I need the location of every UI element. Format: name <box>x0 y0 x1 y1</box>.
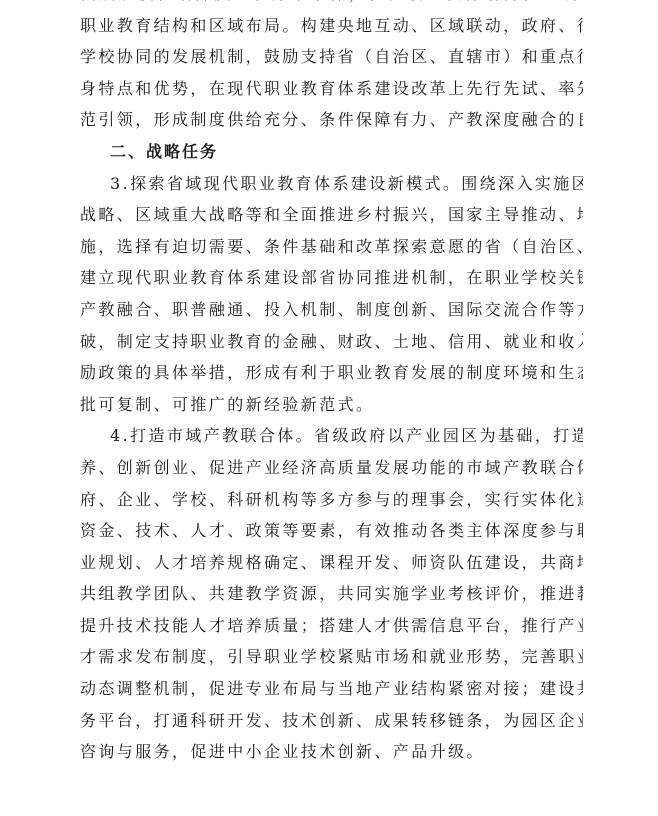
text-line: 3.探索省域现代职业教育体系建设新模式。围绕深入实施区域协调发展 <box>80 168 583 200</box>
text-line: 务平台，打通科研开发、技术创新、成果转移链条，为园区企业提供技术 <box>80 705 583 737</box>
text-line: 才需求发布制度，引导职业学校紧贴市场和就业形势，完善职业教育专业 <box>80 641 583 673</box>
text-line: 提升技术技能人才培养质量；搭建人才供需信息平台，推行产业规划和人 <box>80 610 583 642</box>
document-page: 发展规模、培养质量和办学条件，优化职业教育结构和区域布局。 职业教育结构和区域布… <box>80 0 583 768</box>
section-heading: 二、战略任务 <box>80 136 583 168</box>
intro-paragraph: 职业教育结构和区域布局。构建央地互动、区域联动，政府、行业、企业、 学校协同的发… <box>80 10 583 136</box>
text-line: 破，制定支持职业教育的金融、财政、土地、信用、就业和收入分配等激 <box>80 326 583 358</box>
text-line: 资金、技术、人才、政策等要素，有效推动各类主体深度参与职业学校专 <box>80 515 583 547</box>
text-line: 共组教学团队、共建教学资源，共同实施学业考核评价，推进教学改革， <box>80 578 583 610</box>
clipped-previous-line: 发展规模、培养质量和办学条件，优化职业教育结构和区域布局。 <box>80 0 583 10</box>
text-line: 动态调整机制，促进专业布局与当地产业结构紧密对接；建设共性技术服 <box>80 673 583 705</box>
text-line: 4.打造市域产教联合体。省级政府以产业园区为基础，打造兼具人才培 <box>80 420 583 452</box>
text-line: 产教融合、职普融通、投入机制、制度创新、国际交流合作等方面改革突 <box>80 294 583 326</box>
text-line: 战略、区域重大战略等和全面推进乡村振兴，国家主导推动、地方创新实 <box>80 199 583 231</box>
text-line: 批可复制、可推广的新经验新范式。 <box>80 389 583 421</box>
text-line: 励政策的具体举措，形成有利于职业教育发展的制度环境和生态，形成一 <box>80 357 583 389</box>
text-line: 施，选择有迫切需要、条件基础和改革探索意愿的省（自治区、直辖市）， <box>80 231 583 263</box>
text-line: 建立现代职业教育体系建设部省协同推进机制，在职业学校关键能力建设、 <box>80 262 583 294</box>
task-4-paragraph: 4.打造市域产教联合体。省级政府以产业园区为基础，打造兼具人才培 养、创新创业、… <box>80 420 583 768</box>
task-3-paragraph: 3.探索省域现代职业教育体系建设新模式。围绕深入实施区域协调发展 战略、区域重大… <box>80 168 583 421</box>
text-line: 业规划、人才培养规格确定、课程开发、师资队伍建设，共商培养方案、 <box>80 547 583 579</box>
text-line: 身特点和优势，在现代职业教育体系建设改革上先行先试、率先突破、示 <box>80 73 583 105</box>
text-line: 咨询与服务，促进中小企业技术创新、产品升级。 <box>80 736 583 768</box>
text-line: 学校协同的发展机制，鼓励支持省（自治区、直辖市）和重点行业结合自 <box>80 41 583 73</box>
text-line: 职业教育结构和区域布局。构建央地互动、区域联动，政府、行业、企业、 <box>80 10 583 42</box>
text-line: 养、创新创业、促进产业经济高质量发展功能的市域产教联合体。成立政 <box>80 452 583 484</box>
text-line: 范引领，形成制度供给充分、条件保障有力、产教深度融合的良好生态。 <box>80 104 583 136</box>
text-line: 府、企业、学校、科研机构等多方参与的理事会，实行实体化运作，集聚 <box>80 484 583 516</box>
